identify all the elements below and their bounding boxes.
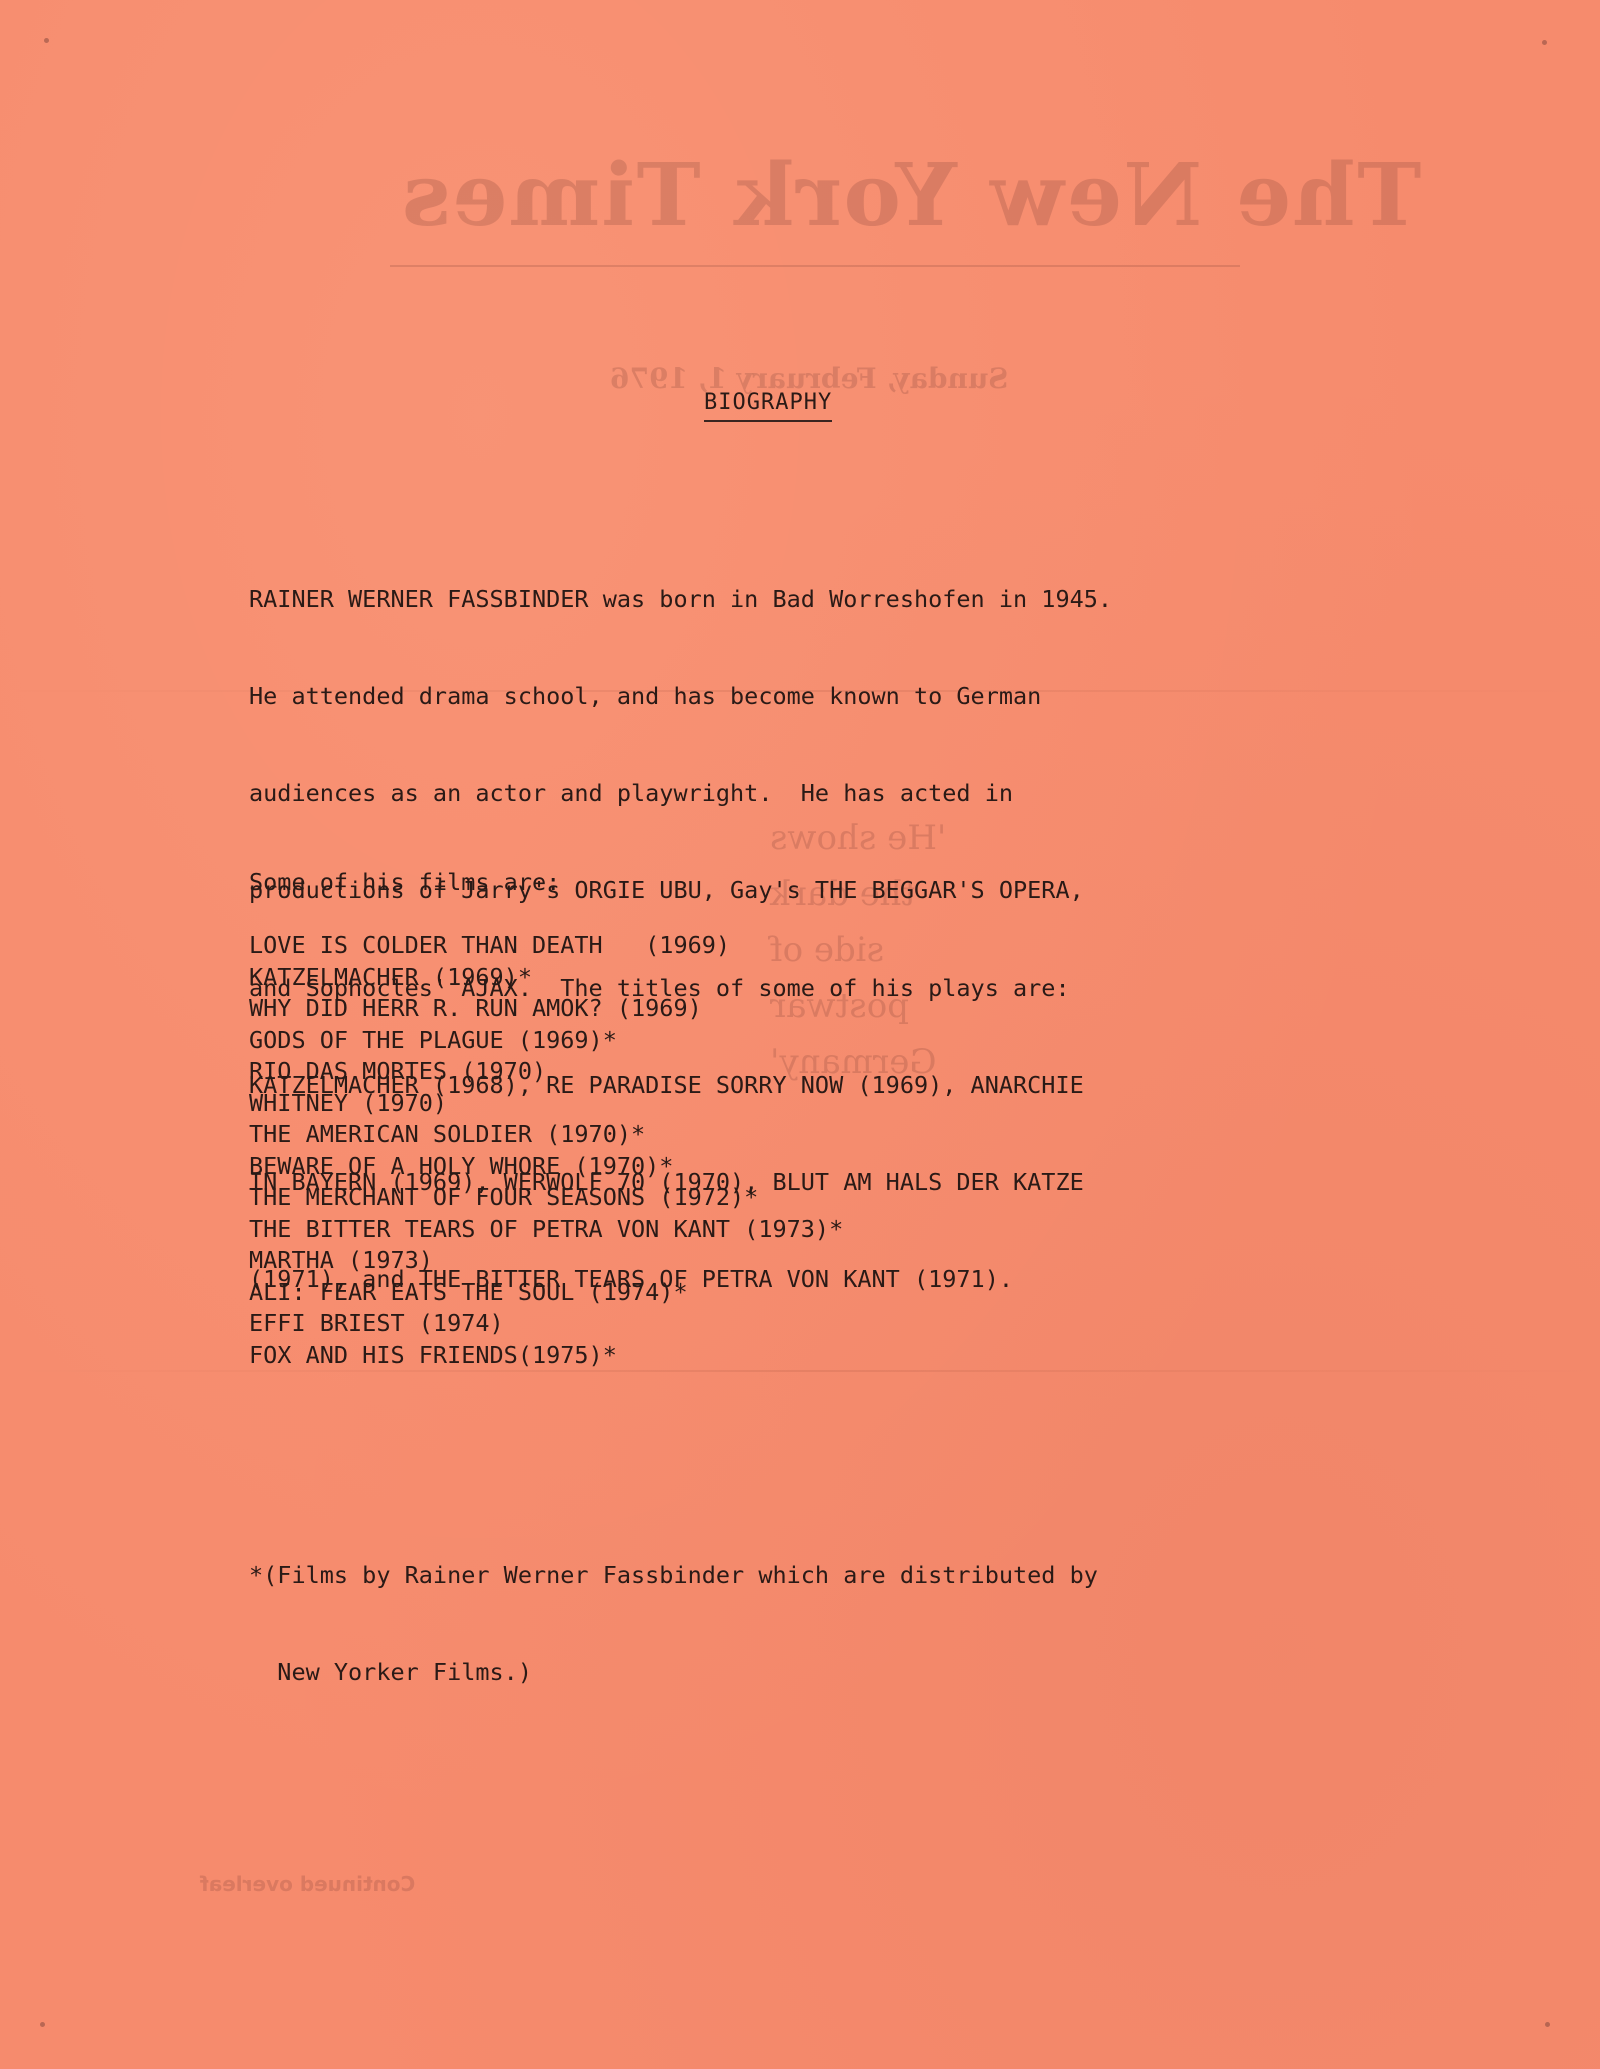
staple-mark (1542, 40, 1547, 45)
film-item: WHY DID HERR R. RUN AMOK? (1969) (249, 993, 843, 1025)
film-item: RIO DAS MORTES (1970) (249, 1056, 843, 1088)
footnote-line: *(Films by Rainer Werner Fassbinder whic… (249, 1559, 1098, 1591)
film-item: WHITNEY (1970) (249, 1088, 843, 1120)
film-item: BEWARE OF A HOLY WHORE (1970)* (249, 1151, 843, 1183)
film-item: THE MERCHANT OF FOUR SEASONS (1972)* (249, 1182, 843, 1214)
biography-line: He attended drama school, and has become… (249, 680, 1269, 712)
biography-line: RAINER WERNER FASSBINDER was born in Bad… (249, 583, 1269, 615)
film-item: FOX AND HIS FRIENDS(1975)* (249, 1340, 843, 1372)
biography-line: audiences as an actor and playwright. He… (249, 777, 1269, 809)
distribution-footnote: *(Films by Rainer Werner Fassbinder whic… (249, 1494, 1098, 1721)
films-intro: Some of his films are: (249, 866, 560, 898)
film-item: THE BITTER TEARS OF PETRA VON KANT (1973… (249, 1214, 843, 1246)
staple-mark (44, 38, 49, 43)
film-item: GODS OF THE PLAGUE (1969)* (249, 1025, 843, 1057)
staple-mark (40, 2022, 45, 2027)
film-item: LOVE IS COLDER THAN DEATH (1969) (249, 930, 843, 962)
footnote-line: New Yorker Films.) (249, 1656, 1098, 1688)
film-item: KATZELMACHER (1969)* (249, 962, 843, 994)
film-item: ALI: FEAR EATS THE SOUL (1974)* (249, 1277, 843, 1309)
film-item: MARTHA (1973) (249, 1245, 843, 1277)
film-list: LOVE IS COLDER THAN DEATH (1969) KATZELM… (249, 930, 843, 1371)
film-item: THE AMERICAN SOLDIER (1970)* (249, 1119, 843, 1151)
film-item: EFFI BRIEST (1974) (249, 1308, 843, 1340)
document-title: BIOGRAPHY (704, 390, 832, 422)
staple-mark (1545, 2022, 1550, 2027)
